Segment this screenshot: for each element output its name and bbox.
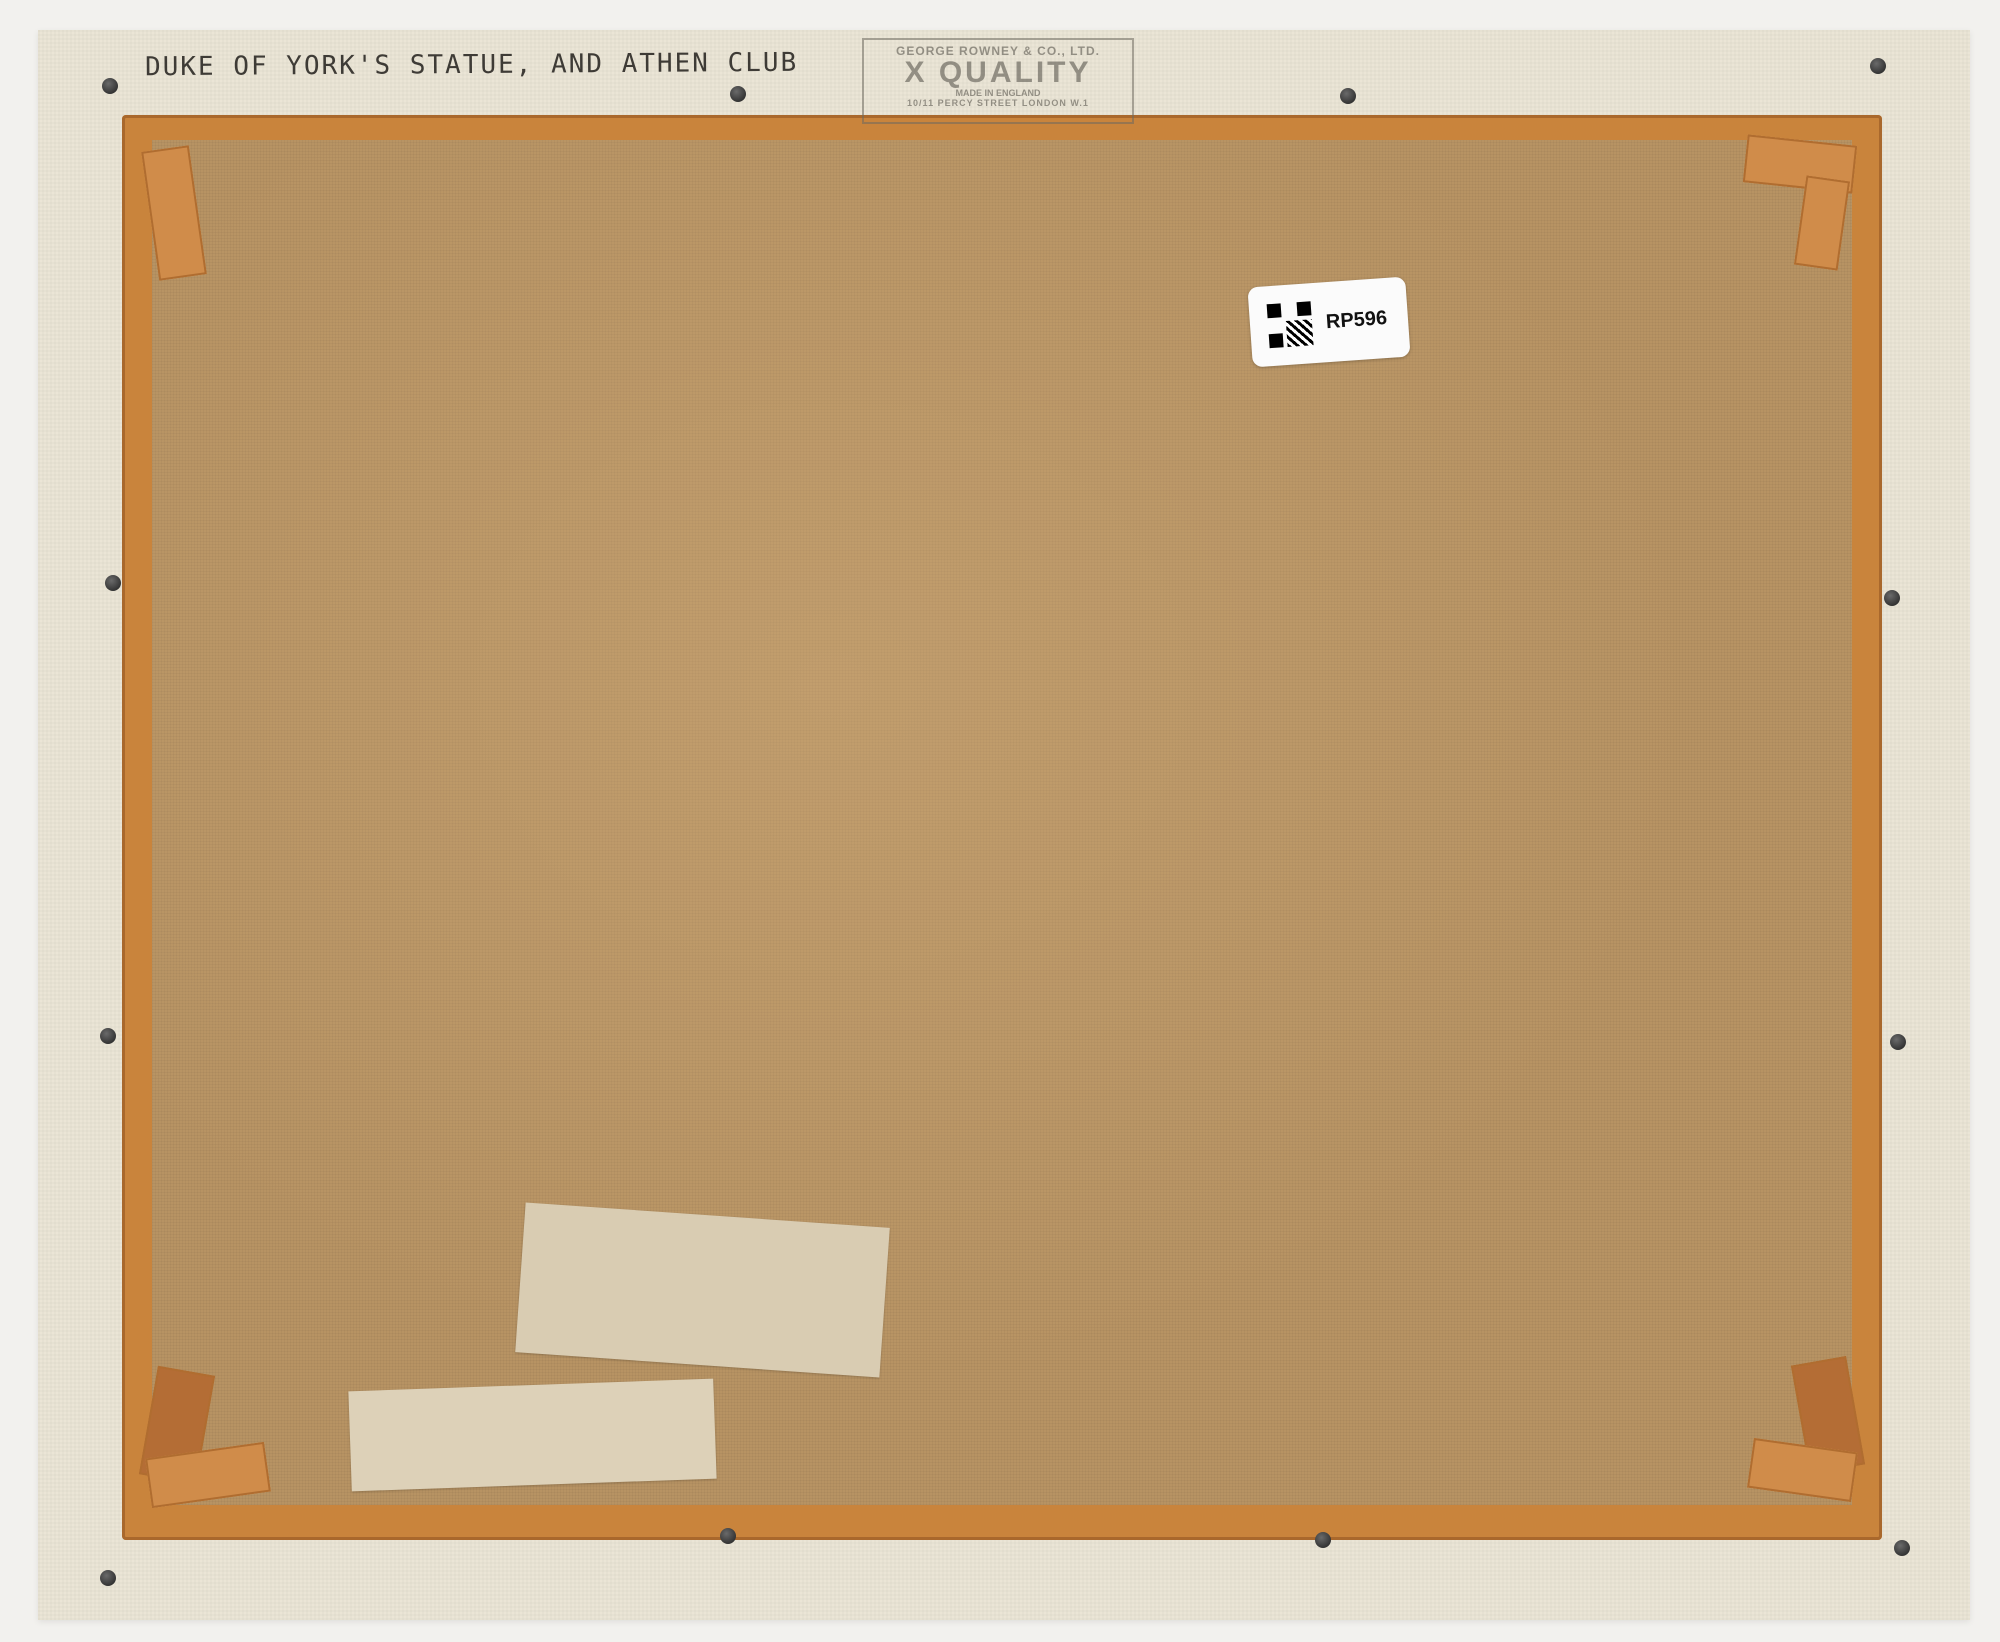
inventory-label: RP596: [1247, 277, 1410, 368]
tack: [720, 1528, 736, 1544]
linen-back: [152, 140, 1852, 1505]
tack: [102, 78, 118, 94]
qr-code-icon: [1267, 301, 1314, 348]
stamp-grade: X QUALITY: [864, 58, 1132, 88]
stamp-address: 10/11 PERCY STREET LONDON W.1: [864, 98, 1132, 108]
tape-piece-lower: [348, 1379, 716, 1492]
handwritten-inscription: Duke of York's Statue, and Athen Club: [145, 48, 798, 83]
tack: [1884, 590, 1900, 606]
canvas-maker-stamp: GEORGE ROWNEY & CO., LTD. X QUALITY MADE…: [862, 38, 1134, 124]
tack: [730, 86, 746, 102]
tack: [1340, 88, 1356, 104]
tack: [100, 1028, 116, 1044]
tack: [1894, 1540, 1910, 1556]
tack: [1890, 1034, 1906, 1050]
tack: [100, 1570, 116, 1586]
tack: [105, 575, 121, 591]
tape-piece-upper: [515, 1202, 890, 1377]
stamp-origin: MADE IN ENGLAND: [864, 88, 1132, 98]
inventory-code: RP596: [1325, 306, 1388, 333]
tack: [1315, 1532, 1331, 1548]
tack: [1870, 58, 1886, 74]
